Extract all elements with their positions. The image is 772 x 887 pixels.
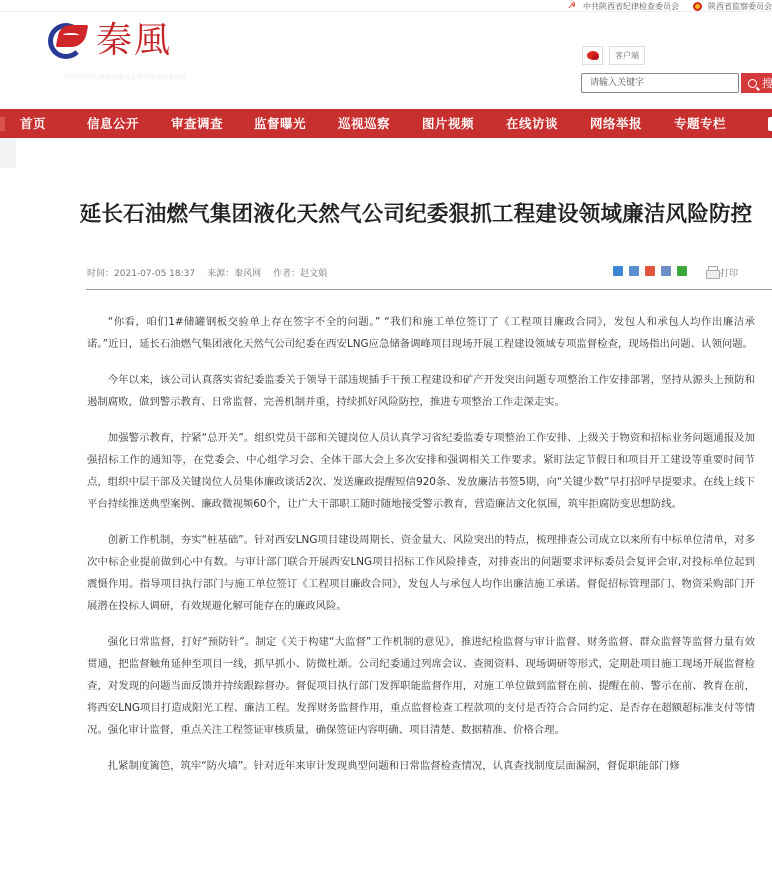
nav-next-edge [768, 117, 772, 131]
main-nav: 首页 信息公开 审查调查 监督曝光 巡视巡察 图片视频 在线访谈 网络举报 专题… [0, 109, 772, 138]
article-paragraph: 今年以来，该公司认真落实省纪委监委关于领导干部违规插手干预工程建设和矿产开发突出… [87, 369, 755, 413]
top-bar: ☭ 中共陕西省纪律检查委员会 陕西省监察委员会 [0, 0, 772, 12]
logo-mark-icon [46, 19, 88, 63]
top-links: ☭ 中共陕西省纪律检查委员会 陕西省监察委员会 [568, 0, 772, 12]
weibo-share-icon[interactable] [645, 266, 655, 276]
print-button[interactable]: 打印 [706, 266, 738, 279]
nav-item-online-report[interactable]: 网络举报 [590, 109, 642, 138]
nav-item-photo-video[interactable]: 图片视频 [422, 109, 474, 138]
qq-icon[interactable] [661, 266, 671, 276]
site-header: 秦風 中共陕西省纪律检查委员会 陕西省监察委员会 客户端 搜 [0, 12, 772, 108]
nav-item-home[interactable]: 首页 [20, 109, 46, 138]
qzone-icon[interactable] [629, 266, 639, 276]
printer-icon [706, 266, 718, 279]
weibo-icon [587, 51, 599, 60]
top-link-label: 中共陕西省纪律检查委员会 [583, 1, 679, 12]
logo-text: 秦風 [96, 19, 172, 63]
article-author: 作者：赵文娟 [273, 266, 327, 279]
article-meta: 时间：2021-07-05 18:37 来源：秦风网 作者：赵文娟 [87, 266, 327, 279]
nav-item-special-topics[interactable]: 专题专栏 [674, 109, 726, 138]
share-buttons [613, 266, 687, 276]
top-link-supervision-commission[interactable]: 陕西省监察委员会 [693, 1, 772, 12]
left-gutter [0, 138, 16, 168]
top-link-discipline-commission[interactable]: ☭ 中共陕西省纪律检查委员会 [568, 1, 679, 12]
weibo-button[interactable] [582, 46, 603, 65]
social-links: 客户端 [582, 46, 645, 65]
search-button-label: 搜 [762, 75, 772, 91]
nav-item-investigation[interactable]: 审查调查 [171, 109, 223, 138]
search-button[interactable]: 搜 [741, 73, 772, 93]
search-icon [748, 79, 757, 88]
national-emblem-icon [693, 2, 702, 11]
publish-time: 时间：2021-07-05 18:37 [87, 266, 195, 279]
article-paragraph: “你看，咱们1#储罐钢板交验单上存在签字不全的问题。” “我们和施工单位签订了《… [87, 311, 755, 355]
wechat-icon[interactable] [677, 266, 687, 276]
article-paragraph: 创新工作机制，夯实“桩基础”。针对西安LNG项目建设周期长、资金量大、风险突出的… [87, 529, 755, 617]
print-label: 打印 [720, 266, 738, 279]
logo-subtitle: 中共陕西省纪律检查委员会 陕西省监察委员会 [40, 72, 210, 80]
search-input[interactable] [581, 73, 739, 93]
site-logo[interactable]: 秦風 [46, 16, 206, 66]
client-app-button[interactable]: 客户端 [609, 46, 645, 65]
meta-divider [86, 289, 772, 290]
nav-prev-edge [0, 117, 5, 131]
share-more-icon[interactable] [613, 266, 623, 276]
article-paragraph: 强化日常监督，打好“预防针”。制定《关于构建“大监督”工作机制的意见》，推进纪检… [87, 631, 755, 741]
article-title: 延长石油燃气集团液化天然气公司纪委狠抓工程建设领域廉洁风险防控 [60, 197, 772, 228]
nav-item-supervision-exposure[interactable]: 监督曝光 [254, 109, 306, 138]
article-body: “你看，咱们1#储罐钢板交验单上存在签字不全的问题。” “我们和施工单位签订了《… [87, 311, 755, 791]
article-paragraph: 加强警示教育，拧紧“总开关”。组织党员干部和关键岗位人员认真学习省纪委监委专项整… [87, 427, 755, 515]
top-link-label: 陕西省监察委员会 [708, 1, 772, 12]
article-source: 来源：秦风网 [207, 266, 261, 279]
nav-item-info-disclosure[interactable]: 信息公开 [87, 109, 139, 138]
article-paragraph: 扎紧制度篱笆，筑牢“防火墙”。针对近年来审计发现典型问题和日常监督检查情况，认真… [87, 755, 755, 777]
search-bar: 搜 [581, 73, 772, 93]
nav-item-inspection[interactable]: 巡视巡察 [338, 109, 390, 138]
nav-item-online-interview[interactable]: 在线访谈 [506, 109, 558, 138]
party-emblem-icon: ☭ [568, 2, 577, 11]
